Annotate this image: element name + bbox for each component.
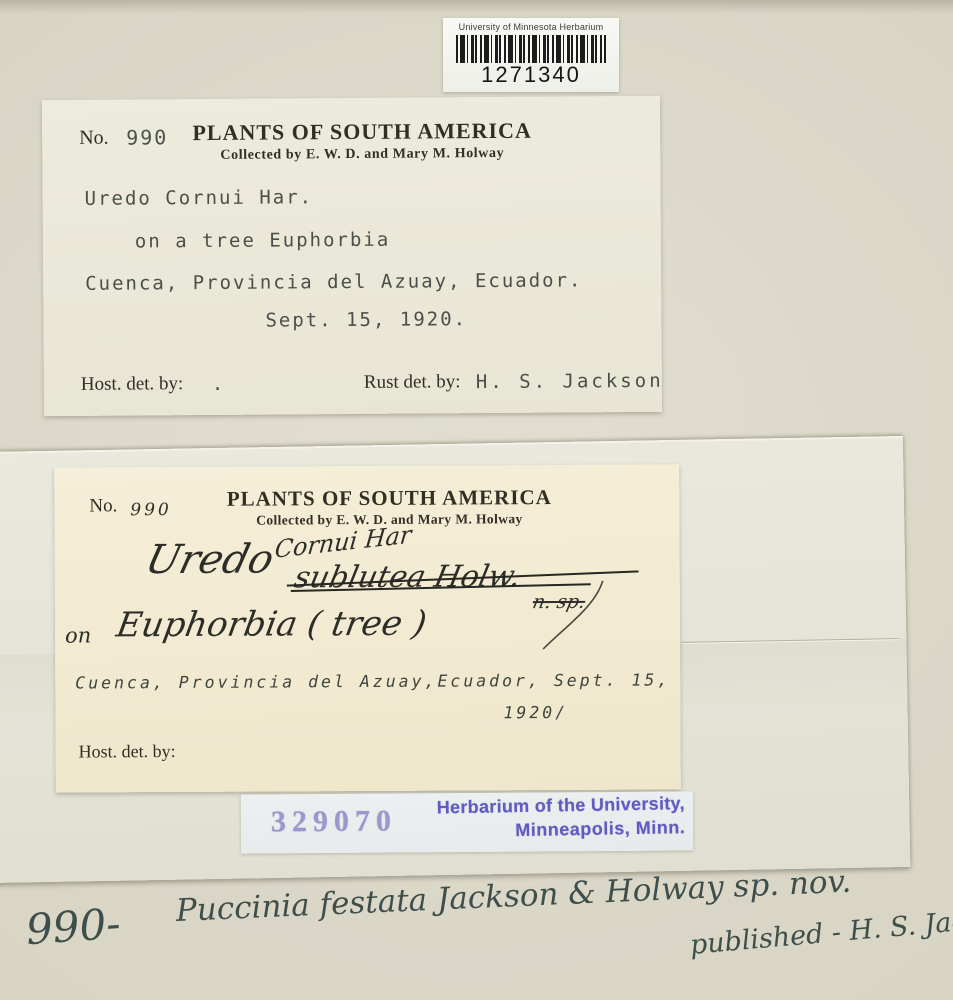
- host-det-label: Host. det. by:: [81, 373, 184, 396]
- label-title: PLANTS OF SOUTH AMERICA: [172, 118, 552, 147]
- host-line: on a tree Euphorbia: [135, 229, 390, 253]
- herbarium-sheet-photo: University of Minnesota Herbarium 127134…: [0, 0, 953, 1000]
- packet-label-number: 990: [130, 500, 172, 520]
- annotation-collection-number: 990-: [24, 899, 122, 954]
- stamp-line-1: Herbarium of the University,: [436, 793, 684, 818]
- barcode-label: University of Minnesota Herbarium 127134…: [443, 18, 619, 92]
- locality-line: Cuenca, Provincia del Azuay, Ecuador.: [85, 269, 582, 294]
- packet-year-line: 1920/: [503, 703, 568, 722]
- accession-number-stamp: 329070: [271, 804, 397, 839]
- typed-collection-label: No. 990 PLANTS OF SOUTH AMERICA Collecte…: [42, 96, 662, 416]
- handwritten-on: on: [65, 623, 91, 647]
- accession-stamp-strip: 329070 Herbarium of the University, Minn…: [241, 791, 693, 853]
- packet-label-title: PLANTS OF SOUTH AMERICA: [204, 485, 574, 512]
- barcode-number: 1271340: [443, 63, 619, 87]
- packet-locality-line: Cuenca, Provincia del Azuay,Ecuador, Sep…: [75, 670, 670, 692]
- barcode-icon: [456, 35, 606, 63]
- sheet-top-shadow: [0, 0, 953, 14]
- packet-label-no-prefix: No.: [89, 495, 117, 517]
- date-line: Sept. 15, 1920.: [265, 308, 467, 331]
- packet-collection-label: No. 990 PLANTS OF SOUTH AMERICA Collecte…: [54, 464, 681, 792]
- stamp-line-2: Minneapolis, Minn.: [437, 817, 685, 842]
- pen-flourish: [525, 577, 615, 657]
- handwritten-host: Euphorbia ( tree ): [114, 604, 430, 646]
- label-header: PLANTS OF SOUTH AMERICA Collected by E. …: [172, 118, 552, 165]
- rust-det-label: Rust det. by:: [364, 371, 461, 394]
- label-number: 990: [126, 125, 168, 149]
- herbarium-ownership-stamp: Herbarium of the University, Minneapolis…: [436, 793, 685, 842]
- species-line: Uredo Cornui Har.: [85, 186, 314, 210]
- label-subtitle: Collected by E. W. D. and Mary M. Holway: [172, 146, 552, 165]
- label-no-prefix: No.: [79, 127, 109, 150]
- annotation-published-note: published - H. S. Jackson .: [689, 899, 953, 961]
- host-det-value: .: [212, 373, 224, 395]
- rust-det-value: H. S. Jackson: [476, 370, 664, 393]
- packet-host-det-label: Host. det. by:: [79, 741, 176, 763]
- barcode-institution-text: University of Minnesota Herbarium: [443, 18, 619, 32]
- handwritten-genus: Uredo: [141, 536, 278, 583]
